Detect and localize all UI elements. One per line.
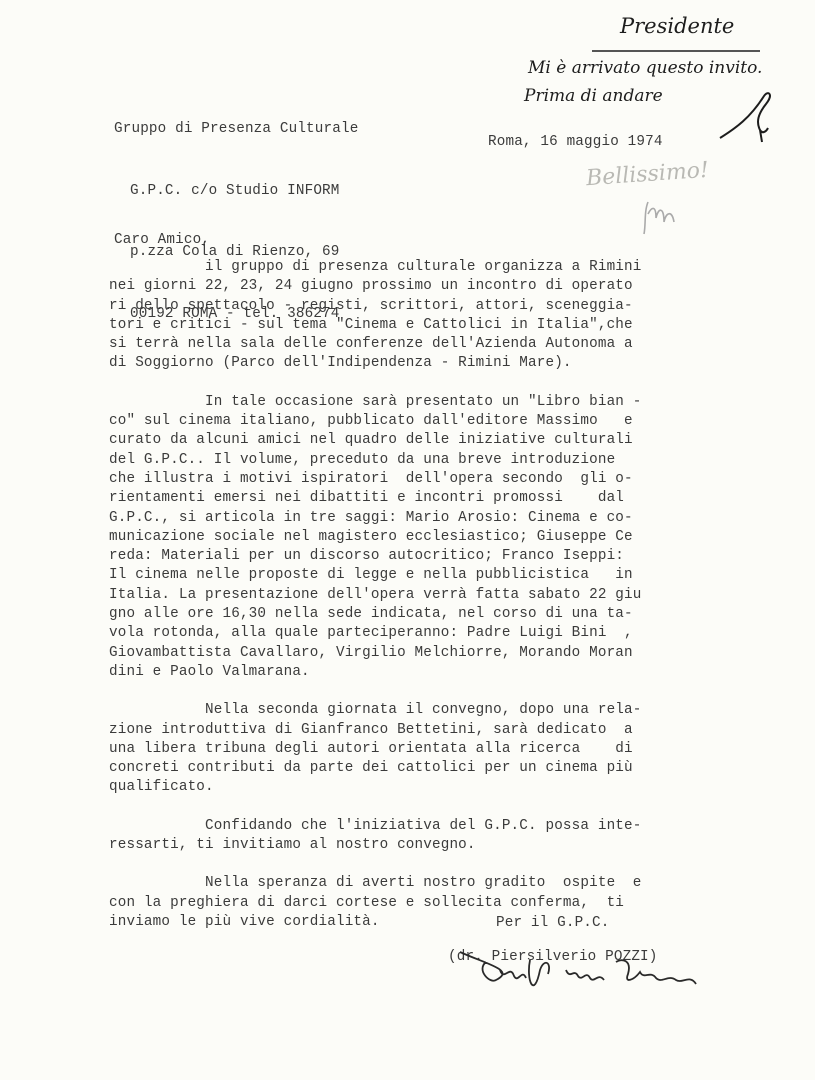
text-line: co" sul cinema italiano, pubblicato dall… (109, 412, 642, 431)
text-line: Giovambattista Cavallaro, Virgilio Melch… (109, 644, 642, 663)
faint-handwritten-note: Bellissimo! (585, 158, 709, 192)
text-line: Confidando che l'iniziativa del G.P.C. p… (109, 817, 642, 836)
text-line: di Soggiorno (Parco dell'Indipendenza - … (109, 354, 642, 373)
sender-line: Gruppo di Presenza Culturale (114, 119, 358, 140)
text-line: si terrà nella sala delle conferenze del… (109, 335, 642, 354)
text-line: dini e Paolo Valmarana. (109, 663, 642, 682)
paragraph: Nella seconda giornata il convegno, dopo… (109, 701, 642, 797)
text-line: Nella speranza di averti nostro gradito … (109, 874, 642, 893)
faint-initials-icon (640, 196, 680, 236)
text-line: che illustra i motivi ispiratori dell'op… (109, 470, 642, 489)
text-line: vola rotonda, alla quale parteciperanno:… (109, 624, 642, 643)
closing: Per il G.P.C. (496, 915, 609, 931)
salutation: Caro Amico, (114, 232, 210, 248)
text-line: Italia. La presentazione dell'opera verr… (109, 586, 642, 605)
handwritten-initials-icon (716, 88, 776, 146)
text-line: Il cinema nelle proposte di legge e nell… (109, 566, 642, 585)
text-line: gno alle ore 16,30 nella sede indicata, … (109, 605, 642, 624)
text-line: nei giorni 22, 23, 24 giugno prossimo un… (109, 277, 642, 296)
text-line: il gruppo di presenza culturale organizz… (109, 258, 642, 277)
text-line: ressarti, ti invitiamo al nostro convegn… (109, 836, 642, 855)
text-line: municazione sociale nel magistero eccles… (109, 528, 642, 547)
text-line: zione introduttiva di Gianfranco Betteti… (109, 721, 642, 740)
handwritten-note-line-2: Prima di andare (524, 86, 663, 106)
handwritten-addressee: Presidente (620, 14, 734, 38)
text-line: concreti contributi da parte dei cattoli… (109, 759, 642, 778)
text-line: Nella seconda giornata il convegno, dopo… (109, 701, 642, 720)
text-line: In tale occasione sarà presentato un "Li… (109, 393, 642, 412)
paragraph: il gruppo di presenza culturale organizz… (109, 258, 642, 374)
paragraph: Confidando che l'iniziativa del G.P.C. p… (109, 817, 642, 856)
letter-page: Presidente Mi è arrivato questo invito. … (0, 0, 815, 1080)
text-line: con la preghiera di darci cortese e soll… (109, 894, 642, 913)
text-line: G.P.C., si articola in tre saggi: Mario … (109, 509, 642, 528)
handwritten-signature-icon (456, 940, 726, 1002)
text-line: ri dello spettacolo - registi, scrittori… (109, 297, 642, 316)
text-line: reda: Materiali per un discorso autocrit… (109, 547, 642, 566)
text-line: del G.P.C.. Il volume, preceduto da una … (109, 451, 642, 470)
letter-date: Roma, 16 maggio 1974 (488, 134, 663, 150)
text-line: qualificato. (109, 778, 642, 797)
text-line: tori e critici - sul tema "Cinema e Catt… (109, 316, 642, 335)
handwritten-note-line-1: Mi è arrivato questo invito. (528, 58, 762, 78)
sender-line: G.P.C. c/o Studio INFORM (130, 181, 358, 202)
text-line: rientamenti emersi nei dibattiti e incon… (109, 489, 642, 508)
paragraph: In tale occasione sarà presentato un "Li… (109, 393, 642, 682)
text-line: curato da alcuni amici nel quadro delle … (109, 431, 642, 450)
handwritten-underline (592, 50, 760, 52)
letter-body: il gruppo di presenza culturale organizz… (109, 258, 642, 951)
text-line: una libera tribuna degli autori orientat… (109, 740, 642, 759)
